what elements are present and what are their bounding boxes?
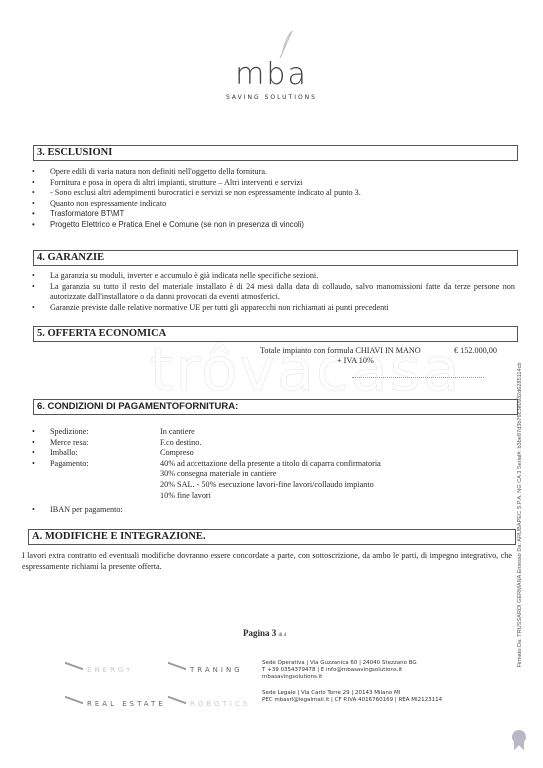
logo-mark: mba — [0, 58, 543, 92]
esclusione-item: Trasformatore BT\MT — [30, 209, 515, 220]
page-number: Pagina 3 di 4 — [243, 628, 286, 638]
section-title-pagamento: 6. CONDIZIONI DI PAGAMENTOFORNITURA: — [33, 399, 518, 415]
payment-value: 10% fine lavori — [160, 491, 211, 502]
payment-value: Compreso — [160, 448, 194, 459]
garanzia-item: La garanzia su moduli, inverter e accumu… — [30, 271, 515, 282]
sede-operativa: Sede Operativa | Via Guzzanica 60 | 2404… — [262, 660, 417, 681]
offer-price: € 152.000,00 — [454, 346, 497, 356]
payment-key: Merce resa: — [50, 438, 88, 449]
payment-value: In cantiere — [160, 427, 195, 438]
payment-key: Imballo: — [50, 448, 78, 459]
wing-icon — [65, 662, 83, 679]
wing-icon — [168, 662, 186, 679]
brand-robotics: ROBOTICS — [168, 699, 250, 709]
company-logo: mba SAVING SOLUTIONS — [0, 58, 543, 101]
garanzia-item: Garanzie previste dalle relative normati… — [30, 303, 515, 314]
esclusione-item: Fornitura e posa in opera di altri impia… — [30, 178, 515, 189]
esclusione-item: - Sono esclusi altri adempimenti burocra… — [30, 188, 515, 199]
payment-value: 20% SAL. - 50% esecuzione lavori-fine la… — [160, 480, 374, 491]
payment-key: Pagamento: — [50, 459, 89, 470]
section-title-esclusioni: 3. ESCLUSIONI — [33, 145, 518, 161]
esclusione-item: Opere edili di varia natura non definiti… — [30, 167, 515, 178]
esclusione-item: Quanto non espressamente indicato — [30, 199, 515, 210]
garanzia-item: La garanzia su tutto il resto del materi… — [30, 282, 515, 303]
brand-real-estate: REAL ESTATE — [65, 699, 166, 709]
logo-tagline: SAVING SOLUTIONS — [0, 94, 543, 101]
esclusione-item: Progetto Elettrico e Pratica Enel e Comu… — [30, 220, 515, 231]
payment-key: Spedizione: — [50, 427, 89, 438]
esclusioni-list: Opere edili di varia natura non definiti… — [30, 167, 515, 230]
seal-ribbon-icon — [512, 730, 526, 744]
feather-icon — [276, 30, 296, 60]
garanzie-list: La garanzia su moduli, inverter e accumu… — [30, 271, 515, 313]
digital-signature-stamp: Firmato Da: TRUSSARDI GERMANA Emesso Da:… — [510, 330, 530, 700]
offer-vat: + IVA 10% — [337, 356, 374, 366]
section-title-offerta: 5. OFFERTA ECONOMICA — [33, 326, 518, 342]
modifiche-text: I lavori extra contratto ed eventuali mo… — [22, 550, 512, 572]
section-title-modifiche: A. MODIFICHE E INTEGRAZIONE. — [28, 529, 516, 545]
payment-value: 40% ad accettazione della presente a tit… — [160, 459, 381, 470]
wing-icon — [168, 696, 186, 713]
payment-value: 30% consegna materiale in cantiere — [160, 469, 276, 480]
section-title-garanzie: 4. GARANZIE — [33, 250, 518, 266]
brand-energy: ENERGY — [65, 665, 133, 675]
dotted-line — [352, 377, 484, 378]
wing-icon — [65, 696, 83, 713]
offer-description: Totale impianto con formula CHIAVI IN MA… — [260, 346, 421, 356]
payment-value: F.co destino. — [160, 438, 201, 449]
brand-traning: TRANING — [168, 665, 243, 675]
sede-legale: Sede Legale | Via Carlo Torre 29 | 20143… — [262, 690, 442, 704]
